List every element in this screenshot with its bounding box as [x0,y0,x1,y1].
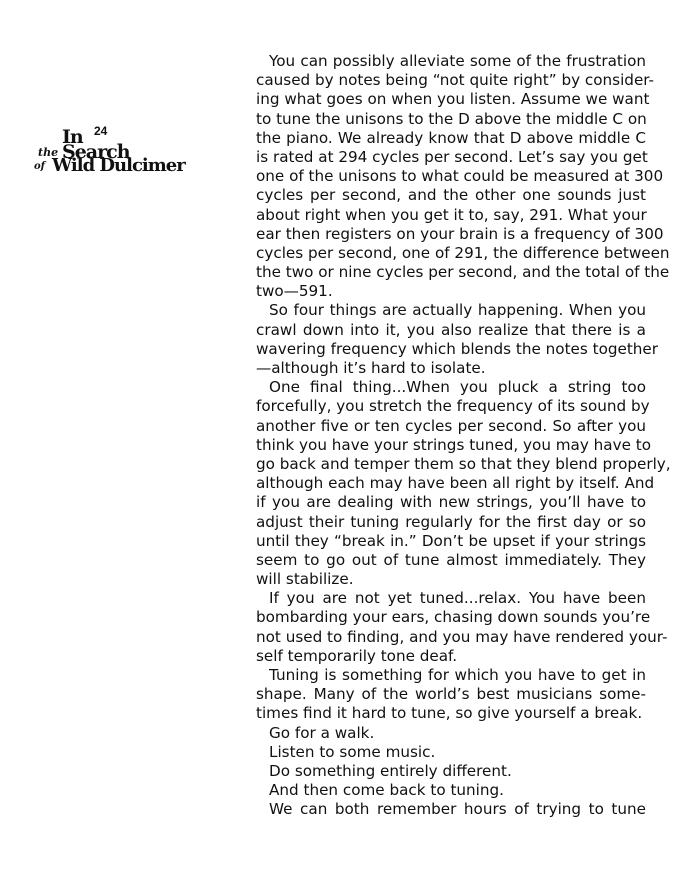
text-line: although each may have been all right by… [256,474,646,493]
text-line: caused by notes being “not quite right” … [256,71,646,90]
text-line: So four things are actually happening. W… [256,301,646,320]
text-line: one of the unisons to what could be meas… [256,167,646,186]
text-line: until they “break in.” Don’t be upset if… [256,532,646,551]
text-line: self temporarily tone deaf. [256,647,646,666]
text-line: Do something entirely different. [256,762,646,781]
text-line: One final thing...When you pluck a strin… [256,378,646,397]
text-line: two—591. [256,282,646,301]
text-line: If you are not yet tuned...relax. You ha… [256,589,646,608]
text-line: crawl down into it, you also realize tha… [256,321,646,340]
text-line: And then come back to tuning. [256,781,646,800]
text-line: shape. Many of the world’s best musician… [256,685,646,704]
text-line: is rated at 294 cycles per second. Let’s… [256,148,646,167]
text-line: seem to go out of tune almost immediatel… [256,551,646,570]
text-line: if you are dealing with new strings, you… [256,493,646,512]
text-line: Go for a walk. [256,724,646,743]
text-line: another five or ten cycles per second. S… [256,417,646,436]
text-line: the piano. We already know that D above … [256,129,646,148]
text-line: will stabilize. [256,570,646,589]
text-line: bombarding your ears, chasing down sound… [256,608,646,627]
text-line: go back and temper them so that they ble… [256,455,646,474]
text-line: think you have your strings tuned, you m… [256,436,646,455]
running-header: In 24 the Search of Wild Dulcimer [36,128,186,178]
text-line: ear then registers on your brain is a fr… [256,225,646,244]
text-line: to tune the unisons to the D above the m… [256,110,646,129]
text-line: cycles per second, one of 291, the diffe… [256,244,646,263]
text-line: about right when you get it to, say, 291… [256,206,646,225]
text-line: —although it’s hard to isolate. [256,359,646,378]
header-wild-dulcimer: Wild Dulcimer [52,155,185,176]
header-of: of [34,161,45,172]
text-line: times find it hard to tune, so give your… [256,704,646,723]
text-line: We can both remember hours of trying to … [256,800,646,819]
page-number: 24 [94,124,107,138]
body-text: You can possibly alleviate some of the f… [256,52,646,820]
text-line: the two or nine cycles per second, and t… [256,263,646,282]
text-line: forcefully, you stretch the frequency of… [256,397,646,416]
text-line: adjust their tuning regularly for the fi… [256,513,646,532]
text-line: cycles per second, and the other one sou… [256,186,646,205]
text-line: wavering frequency which blends the note… [256,340,646,359]
text-line: not used to finding, and you may have re… [256,628,646,647]
text-line: Listen to some music. [256,743,646,762]
text-line: You can possibly alleviate some of the f… [256,52,646,71]
text-line: ing what goes on when you listen. Assume… [256,90,646,109]
text-line: Tuning is something for which you have t… [256,666,646,685]
